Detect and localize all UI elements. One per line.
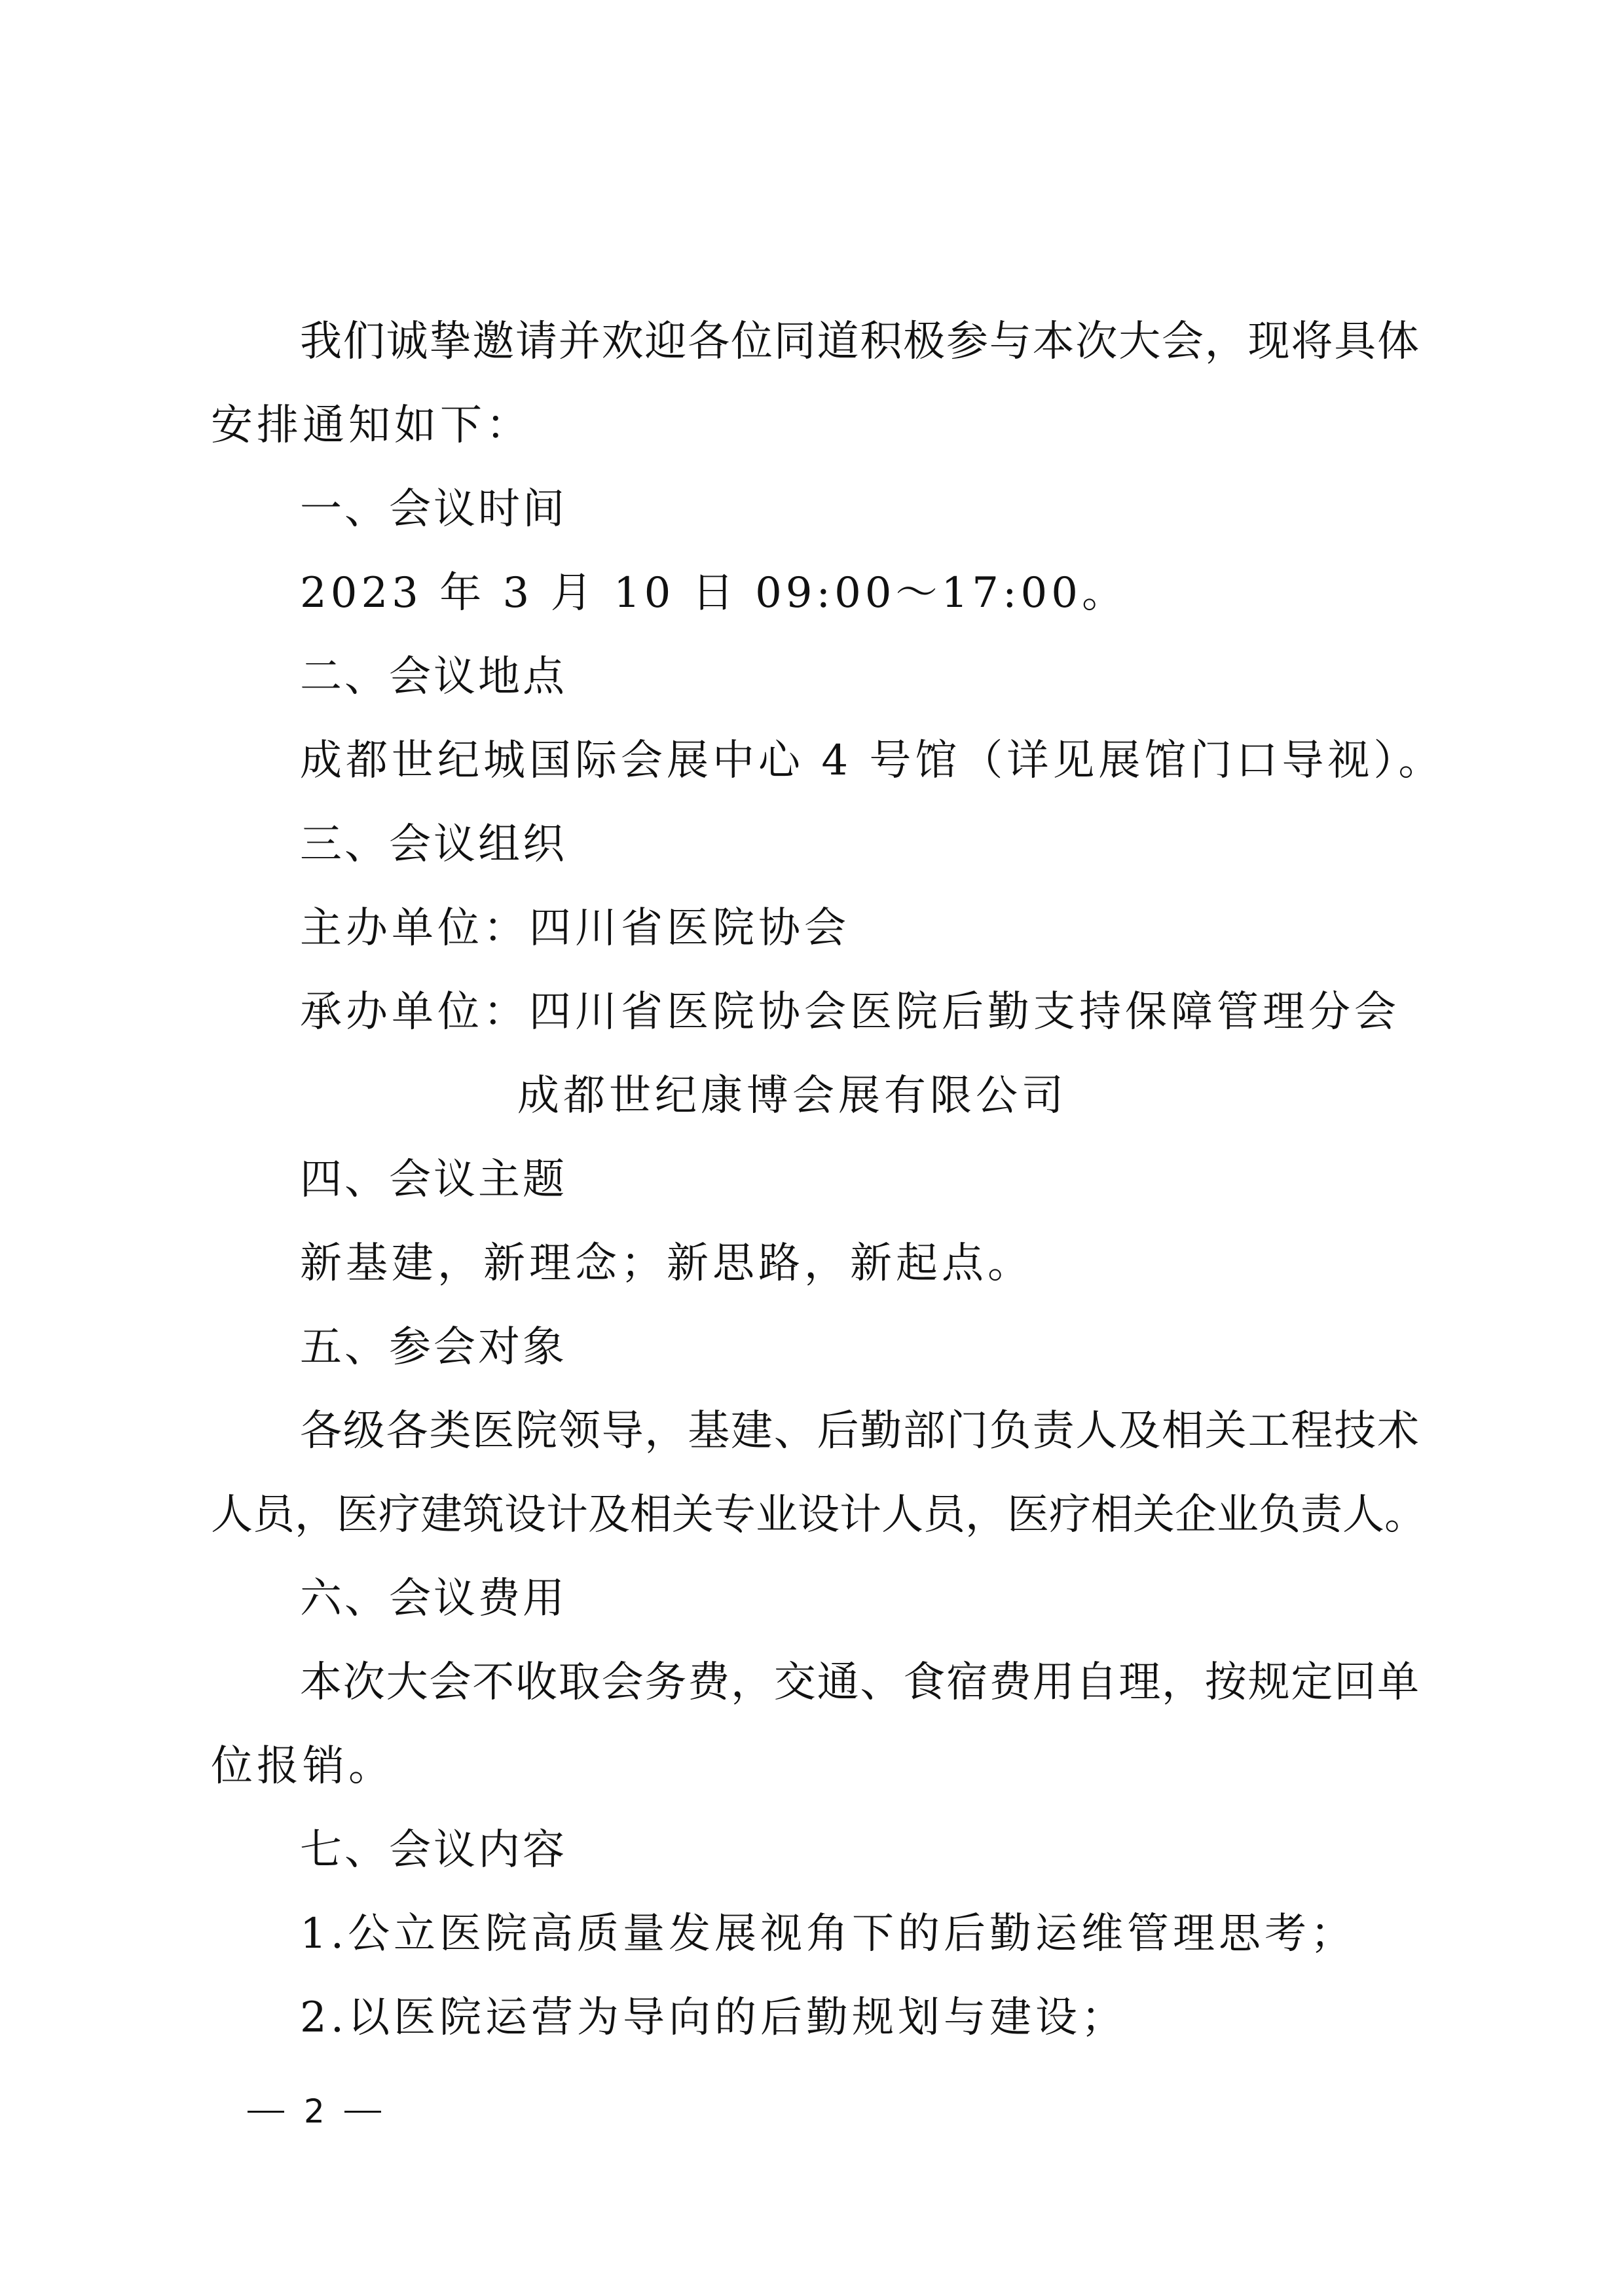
content-item-2: 2.以医院运营为导向的后勤规划与建设； [211,1976,1419,2060]
organizer-row: 承办单位：四川省医院协会医院后勤支持保障管理分会 [211,970,1419,1054]
document-body: 我们诚挚邀请并欢迎各位同道积极参与本次大会，现将具体 安排通知如下： 一、会议时… [211,300,1419,2060]
section-heading-time: 一、会议时间 [211,467,1419,551]
section-heading-content: 七、会议内容 [211,1808,1419,1892]
intro-paragraph-line-1: 我们诚挚邀请并欢迎各位同道积极参与本次大会，现将具体 [211,300,1419,384]
page-number: 2 [304,2092,325,2130]
host-row: 主办单位：四川省医院协会 [211,886,1419,970]
document-page: 我们诚挚邀请并欢迎各位同道积极参与本次大会，现将具体 安排通知如下： 一、会议时… [0,0,1624,2296]
organizer-label: 承办单位： [300,988,529,1036]
attendees-text-line-1: 各级各类医院领导，基建、后勤部门负责人及相关工程技术 [211,1389,1419,1473]
host-value: 四川省医院协会 [529,904,850,953]
organizer-value-1: 四川省医院协会医院后勤支持保障管理分会 [529,988,1400,1036]
footer-dash-right [344,2111,381,2113]
section-heading-attendees: 五、参会对象 [211,1305,1419,1389]
intro-paragraph-line-2: 安排通知如下： [211,384,1419,467]
section-heading-location: 二、会议地点 [211,635,1419,719]
meeting-location-text: 成都世纪城国际会展中心 4 号馆（详见展馆门口导视）。 [211,719,1419,803]
footer-dash-left [248,2111,284,2113]
fees-text-line-2: 位报销。 [211,1724,1419,1808]
attendees-text-line-2: 人员，医疗建筑设计及相关专业设计人员，医疗相关企业负责人。 [211,1473,1419,1557]
section-heading-organization: 三、会议组织 [211,803,1419,886]
organizer-value-2: 成都世纪康博会展有限公司 [211,1054,1419,1138]
meeting-theme-text: 新基建，新理念；新思路，新起点。 [211,1222,1419,1305]
meeting-time-text: 2023 年 3 月 10 日 09:00～17:00。 [211,551,1419,635]
section-heading-fees: 六、会议费用 [211,1557,1419,1641]
content-item-1: 1.公立医院高质量发展视角下的后勤运维管理思考； [211,1892,1419,1976]
section-heading-theme: 四、会议主题 [211,1138,1419,1222]
page-footer: 2 [248,2092,381,2130]
fees-text-line-1: 本次大会不收取会务费，交通、食宿费用自理，按规定回单 [211,1641,1419,1724]
host-label: 主办单位： [300,904,529,953]
